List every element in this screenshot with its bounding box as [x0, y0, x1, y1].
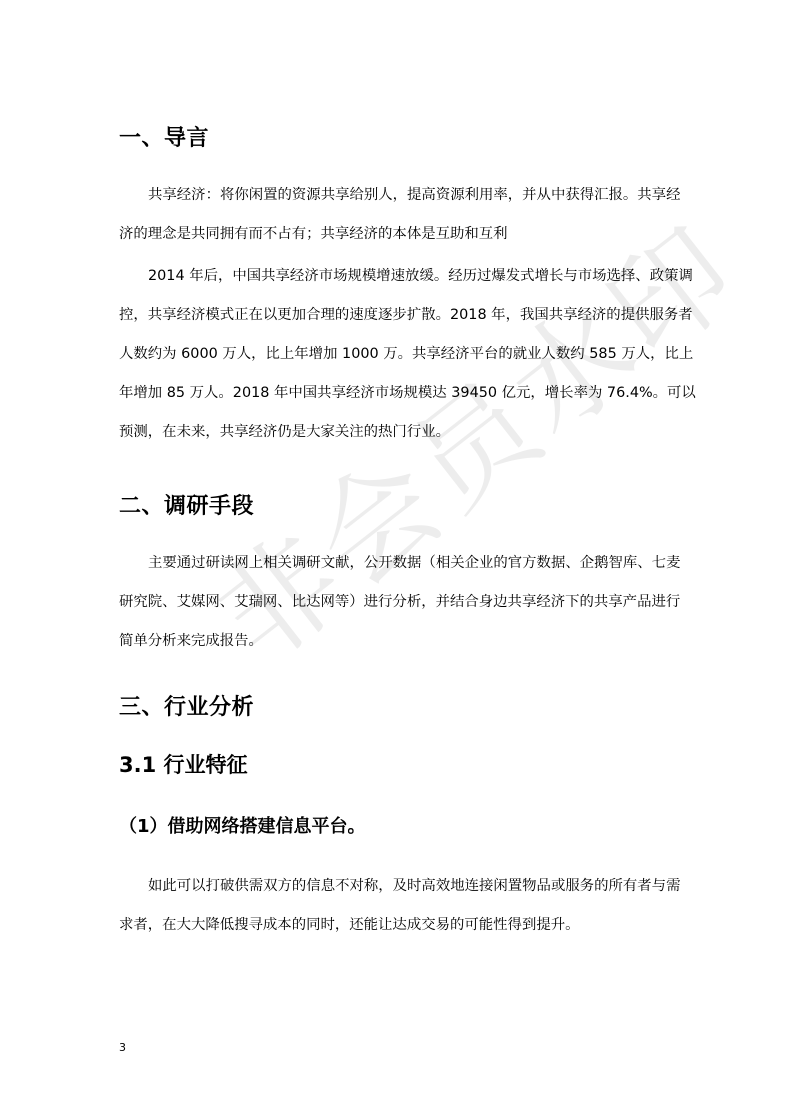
analysis-paragraph: 如此可以打破供需双方的信息不对称，及时高效地连接闲置物品或服务的所有者与需 求者… [119, 867, 667, 945]
point-heading-info-platform: （1）借助网络搭建信息平台。 [119, 812, 366, 838]
text-line: 研究院、艾媒网、艾瑞网、比达网等）进行分析，并结合身边共享经济下的共享产品进行 [90, 583, 667, 622]
text-line: 控，共享经济模式正在以更加合理的速度逐步扩散。2018 年，我国共享经济的提供服… [90, 296, 667, 335]
text-line: 年增加 85 万人。2018 年中国共享经济市场规模达 39450 亿元，增长率… [90, 374, 667, 413]
section-heading-analysis: 三、行业分析 [119, 690, 254, 721]
text-line: 求者，在大大降低搜寻成本的同时，还能让达成交易的可能性得到提升。 [90, 906, 667, 945]
page-number: 3 [119, 1041, 126, 1054]
intro-paragraph-1: 共享经济：将你闲置的资源共享给别人，提高资源利用率，并从中获得汇报。共享经 济的… [119, 176, 667, 254]
text-line: 主要通过研读网上相关调研文献，公开数据（相关企业的官方数据、企鹅智库、七麦 [119, 544, 667, 583]
subsection-heading-industry-features: 3.1 行业特征 [119, 749, 248, 779]
text-line: 2014 年后，中国共享经济市场规模增速放缓。经历过爆发式增长与市场选择、政策调 [119, 257, 667, 296]
section-heading-intro: 一、导言 [119, 121, 209, 152]
text-line: 人数约为 6000 万人，比上年增加 1000 万。共享经济平台的就业人数约 5… [90, 335, 667, 374]
text-line: 预测，在未来，共享经济仍是大家关注的热门行业。 [90, 413, 667, 452]
section-heading-research: 二、调研手段 [119, 489, 254, 520]
research-paragraph: 主要通过研读网上相关调研文献，公开数据（相关企业的官方数据、企鹅智库、七麦 研究… [119, 544, 667, 661]
text-line: 共享经济：将你闲置的资源共享给别人，提高资源利用率，并从中获得汇报。共享经 [119, 176, 667, 215]
intro-paragraph-2: 2014 年后，中国共享经济市场规模增速放缓。经历过爆发式增长与市场选择、政策调… [119, 257, 667, 452]
document-page: 非会员水印 一、导言 共享经济：将你闲置的资源共享给别人，提高资源利用率，并从中… [0, 0, 790, 1118]
text-line: 济的理念是共同拥有而不占有；共享经济的本体是互助和互利 [90, 215, 667, 254]
text-line: 简单分析来完成报告。 [90, 622, 667, 661]
text-line: 如此可以打破供需双方的信息不对称，及时高效地连接闲置物品或服务的所有者与需 [119, 867, 667, 906]
